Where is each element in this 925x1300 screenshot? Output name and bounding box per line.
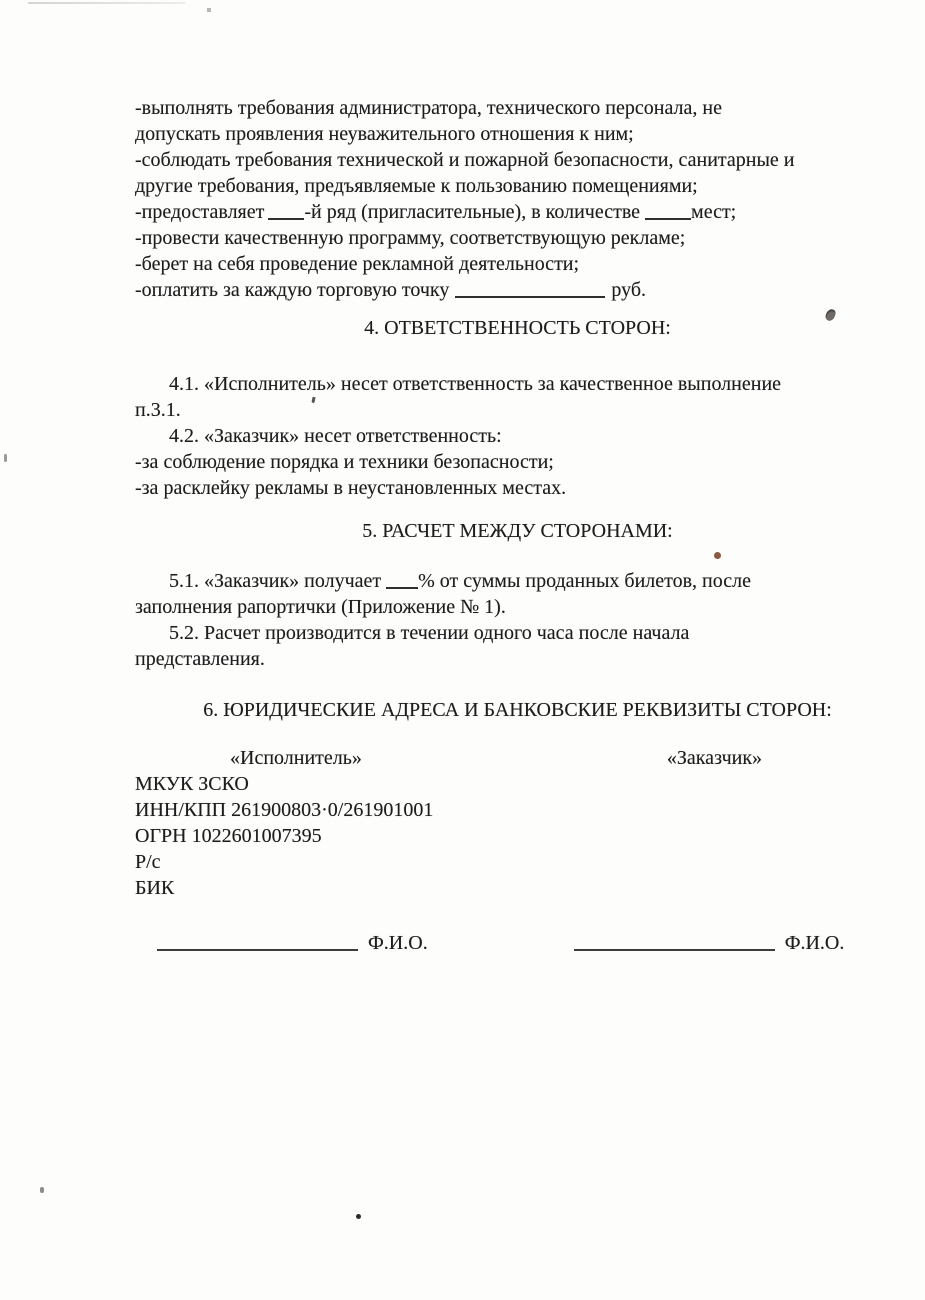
clause-4-2-item-ad-posting: -за расклейку рекламы в неустановленных … <box>135 475 872 501</box>
clause-4-2: 4.2. «Заказчик» несет ответственность: <box>135 423 872 449</box>
customer-signature-block: Ф.И.О. <box>574 930 845 956</box>
detail-settlement-account: Р/с <box>135 849 872 875</box>
executor-signature-line <box>157 936 358 951</box>
obligation-item-pay-per-outlet: -оплатить за каждую торговую точкуруб. <box>135 277 872 303</box>
obligation-text: -оплатить за каждую торговую точку <box>135 279 449 301</box>
obligation-item-row-seats: -предоставляет-й ряд (пригласительные), … <box>135 199 872 225</box>
section-4-heading: 4. ОТВЕТСТВЕННОСТЬ СТОРОН: <box>149 315 886 341</box>
scan-artifact-top-edge-line <box>28 2 185 4</box>
fill-in-blank-percent <box>386 574 418 589</box>
scan-artifact-top-speck <box>207 8 211 12</box>
detail-inn-kpp: ИНН/КПП 261900803·0/261901001 <box>135 797 872 823</box>
section-5-heading: 5. РАСЧЕТ МЕЖДУ СТОРОНАМИ: <box>149 518 886 544</box>
clause-text: -за расклейку рекламы в неустановленных … <box>135 477 566 499</box>
signature-row: Ф.И.О. Ф.И.О. <box>135 930 872 956</box>
scan-artifact-bottom-left-mark <box>40 1187 44 1193</box>
obligation-item-admin-requirements: -выполнять требования администратора, те… <box>135 95 872 147</box>
executor-party-label: «Исполнитель» <box>230 745 362 771</box>
obligation-text: -й ряд (пригласительные), в количестве <box>304 201 640 223</box>
executor-bank-details: МКУК ЗСКО ИНН/КПП 261900803·0/261901001 … <box>135 771 872 901</box>
fill-in-blank-amount <box>455 283 605 298</box>
detail-org-name: МКУК ЗСКО <box>135 771 872 797</box>
clause-text: заполнения рапортички (Приложение № 1). <box>135 596 506 618</box>
clause-5-2: 5.2. Расчет производится в течении одног… <box>135 620 872 672</box>
fill-in-blank-row-number <box>268 205 304 220</box>
obligation-item-advertising: -берет на себя проведение рекламной деят… <box>135 251 872 277</box>
obligation-text: руб. <box>611 279 646 301</box>
customer-fio-label: Ф.И.О. <box>785 930 845 956</box>
detail-ogrn: ОГРН 1022601007395 <box>135 823 872 849</box>
obligation-item-safety-requirements: -соблюдать требования технической и пожа… <box>135 147 872 199</box>
customer-signature-line <box>574 936 775 951</box>
section-6-heading: 6. ЮРИДИЧЕСКИЕ АДРЕСА И БАНКОВСКИЕ РЕКВИ… <box>149 697 886 723</box>
executor-signature-block: Ф.И.О. <box>157 930 428 956</box>
customer-party-label: «Заказчик» <box>667 745 762 771</box>
executor-fio-label: Ф.И.О. <box>368 930 428 956</box>
clause-text: 5.2. Расчет производится в течении одног… <box>169 622 689 644</box>
clause-4-2-item-order-safety: -за соблюдение порядка и техники безопас… <box>135 449 872 475</box>
clause-text: -за соблюдение порядка и техники безопас… <box>135 451 554 473</box>
obligation-text: мест; <box>691 201 736 223</box>
clause-text: представления. <box>135 648 265 670</box>
obligation-text: -провести качественную программу, соотве… <box>135 227 685 249</box>
obligation-text: -берет на себя проведение рекламной деят… <box>135 253 579 275</box>
detail-bik: БИК <box>135 875 872 901</box>
document-content: -выполнять требования администратора, те… <box>135 95 872 956</box>
obligation-text: -выполнять требования администратора, те… <box>135 97 722 119</box>
parties-row: «Исполнитель» «Заказчик» <box>135 745 872 771</box>
clause-text: % от суммы проданных билетов, после <box>418 570 751 592</box>
clause-text: 4.2. «Заказчик» несет ответственность: <box>169 425 502 447</box>
obligation-text: другие требования, предъявляемые к польз… <box>135 175 698 197</box>
obligation-text: допускать проявления неуважительного отн… <box>135 123 634 145</box>
clause-5-1: 5.1. «Заказчик» получает% от суммы прода… <box>135 568 872 620</box>
clause-text: 4.1. «Исполнитель» несет ответственность… <box>169 373 781 395</box>
obligation-text: -предоставляет <box>135 201 264 223</box>
obligation-text: -соблюдать требования технической и пожа… <box>135 149 794 171</box>
clause-text: п.3.1. <box>135 399 181 421</box>
obligations-list: -выполнять требования администратора, те… <box>135 95 872 303</box>
scan-artifact-bottom-dot <box>356 1214 361 1219</box>
scan-artifact-brown-dot <box>714 552 721 559</box>
scanned-contract-page: -выполнять требования администратора, те… <box>0 0 925 1300</box>
scan-artifact-left-edge-mark <box>4 454 7 462</box>
clause-text: 5.1. «Заказчик» получает <box>169 570 381 592</box>
clause-4-1: 4.1. «Исполнитель» несет ответственность… <box>135 371 872 423</box>
fill-in-blank-seat-count <box>645 205 691 220</box>
obligation-item-quality-program: -провести качественную программу, соотве… <box>135 225 872 251</box>
